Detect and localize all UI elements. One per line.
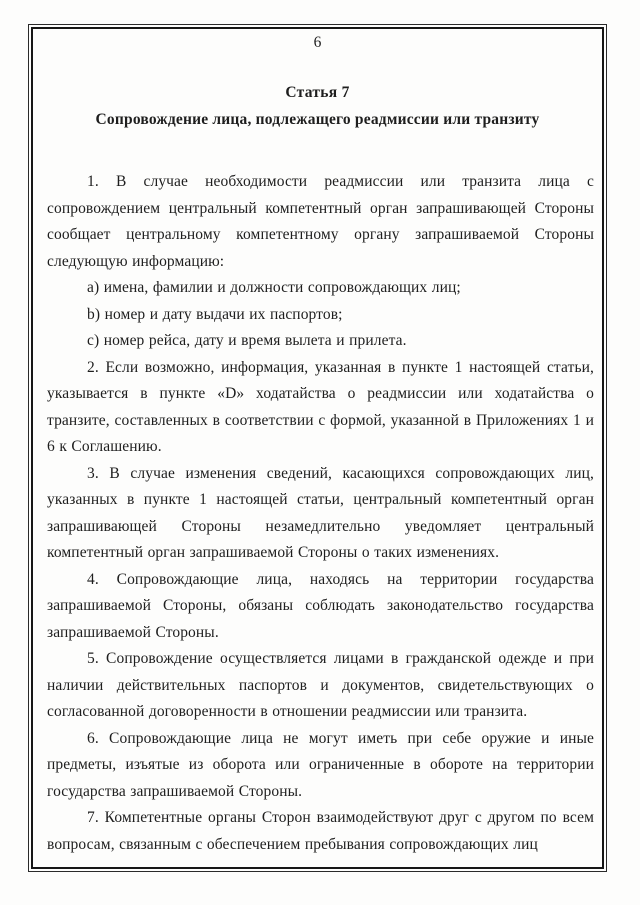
paragraph-6: 6. Сопровождающие лица не могут иметь пр… bbox=[47, 726, 594, 806]
paragraph-1: 1. В случае необходимости реадмиссии или… bbox=[47, 169, 594, 275]
list-item-c: c) номер рейса, дату и время вылета и пр… bbox=[47, 328, 594, 355]
article-heading: Статья 7 bbox=[33, 79, 602, 106]
paragraph-5: 5. Сопровождение осуществляется лицами в… bbox=[47, 646, 594, 726]
list-item-b: b) номер и дату выдачи их паспортов; bbox=[47, 302, 594, 329]
paragraph-7: 7. Компетентные органы Сторон взаимодейс… bbox=[47, 805, 594, 858]
article-title: Сопровождение лица, подлежащего реадмисс… bbox=[33, 106, 602, 133]
document-scan-page: 6 Статья 7 Сопровождение лица, подлежаще… bbox=[0, 0, 640, 905]
paragraph-2: 2. Если возможно, информация, указанная … bbox=[47, 355, 594, 461]
article-body: 1. В случае необходимости реадмиссии или… bbox=[33, 169, 602, 858]
list-item-a: a) имена, фамилии и должности сопровожда… bbox=[47, 275, 594, 302]
page-border-inner: 6 Статья 7 Сопровождение лица, подлежаще… bbox=[31, 27, 604, 869]
page-border-outer: 6 Статья 7 Сопровождение лица, подлежаще… bbox=[28, 24, 607, 872]
paragraph-4: 4. Сопровождающие лица, находясь на терр… bbox=[47, 567, 594, 647]
page-number: 6 bbox=[33, 33, 602, 53]
paragraph-3: 3. В случае изменения сведений, касающих… bbox=[47, 461, 594, 567]
